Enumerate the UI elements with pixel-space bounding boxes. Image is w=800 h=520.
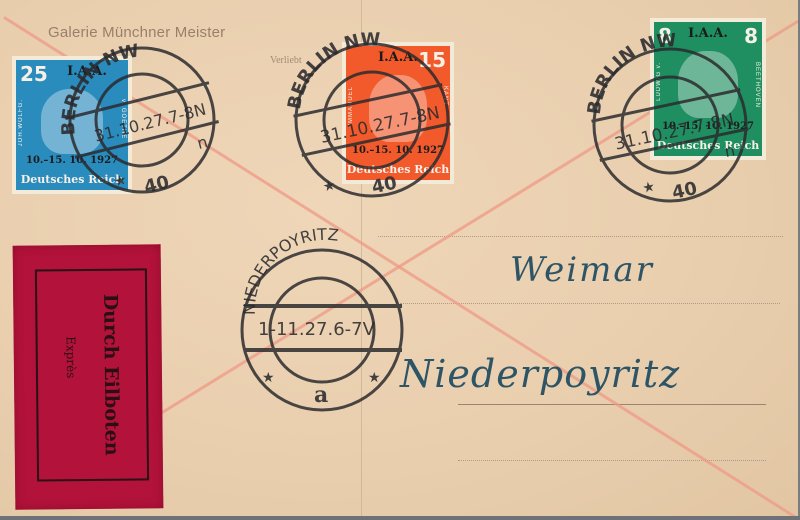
stamp-face: 8 8 I.A.A. LUDWIG v. BEETHOVEN 10.–15. 1… <box>654 22 762 156</box>
stamp-country: Deutsches Reich <box>16 173 128 186</box>
stamp-face: 15 I.A.A. IMMANUEL KANT 10.–15. 10. 1927… <box>346 46 450 180</box>
express-label: Durch Eilboten Exprès <box>13 244 164 510</box>
overprint-iaa: I.A.A. <box>346 50 450 65</box>
publisher-imprint: Galerie Münchner Meister <box>48 24 225 41</box>
stamp-face: 25 25 I.A.A. JOH.WOLFG. v. GOETHE 10.–15… <box>16 60 128 190</box>
address-line-3 <box>458 404 766 405</box>
svg-text:★: ★ <box>262 370 275 386</box>
scan-edge <box>0 516 800 520</box>
stamp-kant-15: 15 I.A.A. IMMANUEL KANT 10.–15. 10. 1927… <box>342 42 454 184</box>
overprint-date: 10.–15. 10. 1927 <box>654 121 762 132</box>
portrait-icon <box>369 75 427 142</box>
address-town: Niederpoyritz <box>400 352 680 396</box>
stamp-beethoven-8: 8 8 I.A.A. LUDWIG v. BEETHOVEN 10.–15. 1… <box>650 18 766 160</box>
svg-text:a: a <box>314 382 328 408</box>
portrait-icon <box>678 51 738 118</box>
stamp-country: Deutsches Reich <box>346 163 450 176</box>
address-line-1 <box>378 236 783 237</box>
svg-text:★: ★ <box>641 179 657 197</box>
overprint-date: 10.–15. 10. 1927 <box>346 145 450 156</box>
portrait-icon <box>41 89 104 154</box>
svg-text:★: ★ <box>321 177 337 195</box>
postcard: Galerie Münchner Meister Verliebt 25 25 … <box>0 0 798 516</box>
address-line-2 <box>400 303 780 304</box>
svg-text:NIEDERPOYRITZ: NIEDERPOYRITZ <box>240 225 340 315</box>
address-line-4 <box>458 460 766 461</box>
svg-text:n: n <box>195 132 209 153</box>
address-city: Weimar <box>510 250 654 290</box>
message-label: Verliebt <box>270 55 302 66</box>
express-label-sub-text: Exprès <box>47 317 78 397</box>
express-label-main-text: Durch Eilboten <box>81 275 123 475</box>
overprint-iaa: I.A.A. <box>654 26 762 41</box>
svg-text:40: 40 <box>670 178 699 204</box>
stamp-goethe-25: 25 25 I.A.A. JOH.WOLFG. v. GOETHE 10.–15… <box>12 56 132 194</box>
stamp-country: Deutsches Reich <box>654 139 762 152</box>
svg-text:40: 40 <box>142 172 171 198</box>
svg-text:1-11.27.6-7V: 1-11.27.6-7V <box>258 319 376 340</box>
svg-text:★: ★ <box>368 370 381 386</box>
overprint-iaa: I.A.A. <box>46 64 128 79</box>
overprint-date: 10.–15. 10. 1927 <box>16 155 128 166</box>
